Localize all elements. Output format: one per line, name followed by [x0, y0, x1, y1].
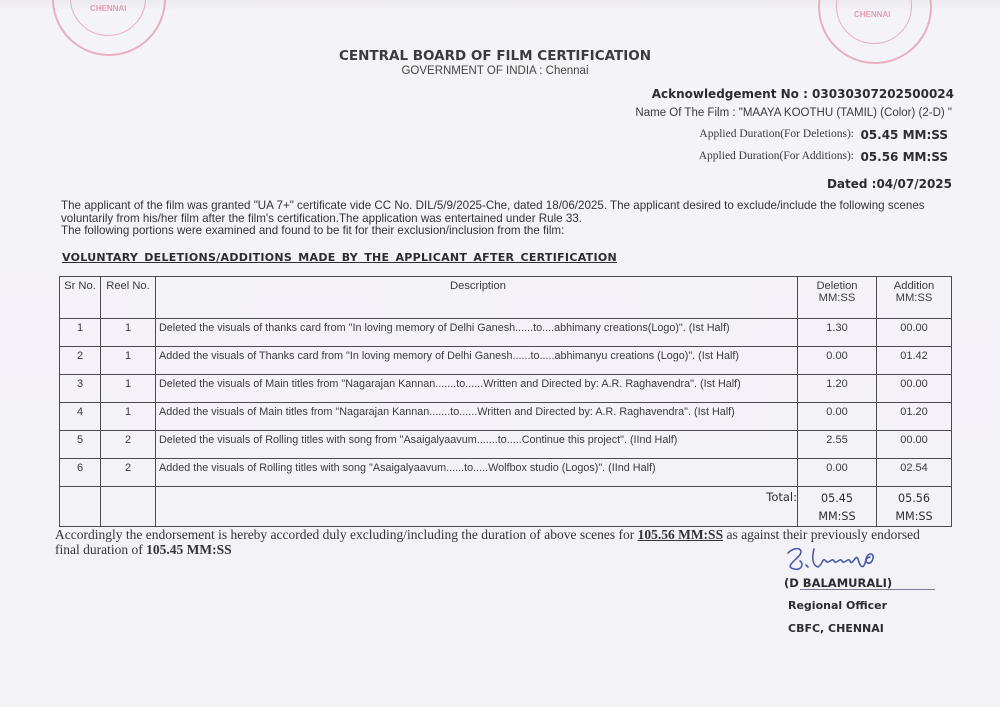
total-deletion-unit: MM:SS [798, 508, 876, 526]
signature-underline [800, 589, 935, 590]
intro-paragraph: The applicant of the film was granted "U… [61, 200, 961, 238]
signature-icon [782, 543, 902, 579]
deletions-additions-table: Sr No. Reel No. Description Deletion MM:… [59, 276, 952, 527]
header-deletion: Deletion MM:SS [798, 277, 877, 319]
stamp-label: CHENNAI [854, 10, 890, 19]
intro-line: The following portions were examined and… [61, 225, 961, 238]
cell-addition: 00.00 [877, 431, 952, 459]
table-row: 11Deleted the visuals of thanks card fro… [60, 319, 952, 347]
total-addition-unit: MM:SS [877, 508, 951, 526]
cell-addition: 00.00 [877, 319, 952, 347]
total-label: Total: [156, 487, 798, 527]
stamp-label: CHENNAI [90, 4, 126, 13]
cell-description: Deleted the visuals of thanks card from … [156, 319, 798, 347]
table-row: 31Deleted the visuals of Main titles fro… [60, 375, 952, 403]
deletions-label: Applied Duration(For Deletions): [699, 128, 854, 140]
cell-sr-no: 3 [60, 375, 101, 403]
dated: Dated :04/07/2025 [827, 177, 952, 191]
additions-label: Applied Duration(For Additions): [699, 150, 854, 162]
cell-addition: 01.42 [877, 347, 952, 375]
header-deletion-title: Deletion [798, 280, 876, 292]
new-final-duration: 105.56 MM:SS [638, 527, 724, 542]
document-title: CENTRAL BOARD OF FILM CERTIFICATION [0, 48, 990, 64]
cell-sr-no: 4 [60, 403, 101, 431]
total-empty-cell [101, 487, 156, 527]
previous-final-duration: 105.45 MM:SS [146, 542, 232, 557]
deletions-value: 05.45 MM:SS [860, 128, 948, 142]
section-title: VOLUNTARY DELETIONS/ADDITIONS MADE BY TH… [62, 251, 617, 264]
cell-reel-no: 2 [101, 459, 156, 487]
header-addition-unit: MM:SS [877, 292, 951, 304]
cell-sr-no: 5 [60, 431, 101, 459]
applied-duration-deletions: Applied Duration(For Deletions): 05.45 M… [0, 128, 1000, 146]
cell-addition: 01.20 [877, 403, 952, 431]
certificate-page: CHENNAI CHENNAI CENTRAL BOARD OF FILM CE… [0, 0, 1000, 707]
cell-reel-no: 1 [101, 375, 156, 403]
cell-sr-no: 1 [60, 319, 101, 347]
header-sr-no: Sr No. [60, 277, 101, 319]
cell-deletion: 2.55 [798, 431, 877, 459]
cell-description: Added the visuals of Rolling titles with… [156, 459, 798, 487]
cell-reel-no: 1 [101, 403, 156, 431]
cell-deletion: 0.00 [798, 459, 877, 487]
additions-value: 05.56 MM:SS [860, 150, 948, 164]
cell-deletion: 0.00 [798, 403, 877, 431]
table-row: 62Added the visuals of Rolling titles wi… [60, 459, 952, 487]
signatory-office: CBFC, CHENNAI [788, 622, 884, 635]
header-description: Description [156, 277, 798, 319]
cell-reel-no: 1 [101, 347, 156, 375]
cell-sr-no: 2 [60, 347, 101, 375]
table-row: 21Added the visuals of Thanks card from … [60, 347, 952, 375]
total-empty-cell [60, 487, 101, 527]
film-name: Name Of The Film : "MAAYA KOOTHU (TAMIL)… [635, 107, 952, 119]
cell-deletion: 0.00 [798, 347, 877, 375]
cell-addition: 00.00 [877, 375, 952, 403]
cell-deletion: 1.30 [798, 319, 877, 347]
table-row: 41Added the visuals of Main titles from … [60, 403, 952, 431]
total-addition: 05.56 MM:SS [877, 487, 952, 527]
endorsement-text: as against their previously endorsed [723, 527, 920, 542]
total-deletion-value: 05.45 [798, 490, 876, 508]
header-deletion-unit: MM:SS [798, 292, 876, 304]
cell-description: Deleted the visuals of Main titles from … [156, 375, 798, 403]
cell-addition: 02.54 [877, 459, 952, 487]
table-row: 52Deleted the visuals of Rolling titles … [60, 431, 952, 459]
endorsement-text: final duration of [55, 542, 146, 557]
total-deletion: 05.45 MM:SS [798, 487, 877, 527]
cell-description: Deleted the visuals of Rolling titles wi… [156, 431, 798, 459]
cell-description: Added the visuals of Main titles from "N… [156, 403, 798, 431]
header-addition-title: Addition [877, 280, 951, 292]
applied-duration-additions: Applied Duration(For Additions): 05.56 M… [0, 150, 1000, 168]
total-addition-value: 05.56 [877, 490, 951, 508]
signatory-name: (D BALAMURALI) [784, 576, 892, 590]
acknowledgement-number: Acknowledgement No : 03030307202500024 [652, 87, 954, 101]
signatory-role: Regional Officer [788, 599, 887, 612]
total-row: Total: 05.45 MM:SS 05.56 MM:SS [60, 487, 952, 527]
header-reel-no: Reel No. [101, 277, 156, 319]
intro-line: The applicant of the film was granted "U… [61, 200, 961, 213]
stamp-inner-ring [836, 0, 912, 44]
cell-reel-no: 1 [101, 319, 156, 347]
table-header-row: Sr No. Reel No. Description Deletion MM:… [60, 277, 952, 319]
header-addition: Addition MM:SS [877, 277, 952, 319]
endorsement-text: Accordingly the endorsement is hereby ac… [55, 527, 638, 542]
cell-reel-no: 2 [101, 431, 156, 459]
cell-description: Added the visuals of Thanks card from "I… [156, 347, 798, 375]
cell-deletion: 1.20 [798, 375, 877, 403]
cell-sr-no: 6 [60, 459, 101, 487]
document-subtitle: GOVERNMENT OF INDIA : Chennai [0, 65, 990, 77]
